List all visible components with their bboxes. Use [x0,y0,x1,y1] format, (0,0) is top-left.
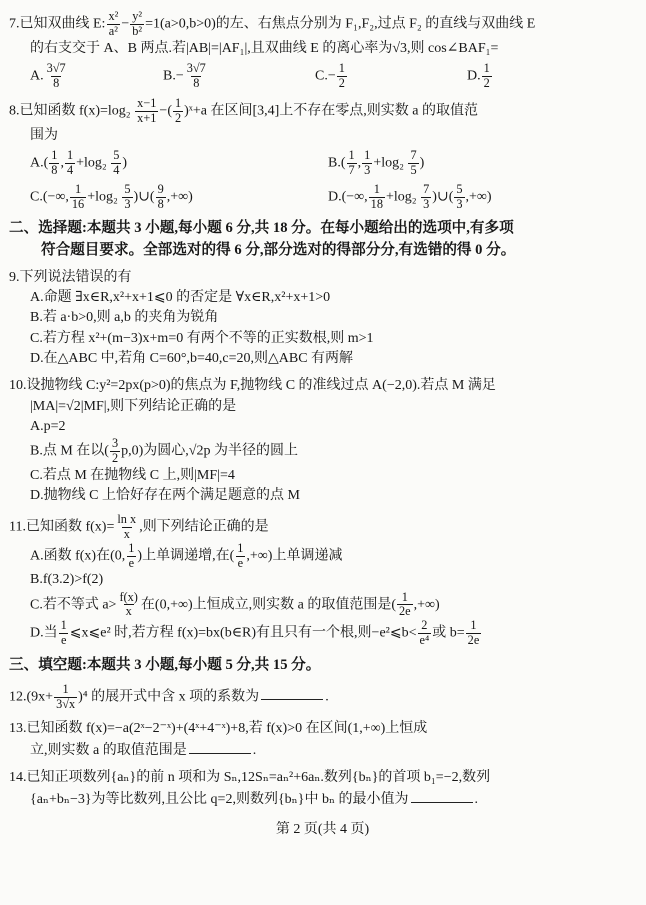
q11-options: A.函数 f(x)在(0,1e)上单调递增,在(1e,+∞)上单调递减 B.f(… [9,542,636,648]
q9-stem: 9.下列说法错误的有 [9,268,636,288]
q13-stem-line-2: 立,则实数 a 的取值范围是. [9,739,636,761]
section-2-header-line-2: 符合题目要求。全部选对的得 6 分,部分选对的得部分分,有选错的得 0 分。 [9,240,636,261]
q11-option-b: B.f(3.2)>f(2) [30,570,636,590]
q10-option-d: D.抛物线 C 上恰好存在两个满足题意的点 M [30,486,636,506]
exam-page: 7.已知双曲线 E:x²a²−y²b²=1(a>0,b>0)的左、右焦点分别为 … [9,10,636,905]
q8-stem-line-1: 8.已知函数 f(x)=log₂ x−1x+1−(12)ˣ+a 在区间[3,4]… [9,97,636,126]
page-number: 第 2 页(共 4 页) [9,820,636,840]
q8-option-d: D.(−∞,118+log₂ 73)∪(53,+∞) [328,183,636,212]
q10-option-a: A.p=2 [30,417,636,437]
section-3-header-line-1: 三、填空题:本题共 3 小题,每小题 5 分,共 15 分。 [9,655,636,676]
q8-option-a: A.(18,14+log₂ 54) [30,149,328,178]
q8-option-c: C.(−∞,116+log₂ 53)∪(98,+∞) [30,183,328,212]
q11-option-a: A.函数 f(x)在(0,1e)上单调递增,在(1e,+∞)上单调递减 [30,542,636,571]
q10-stem-line-2: |MA|=√2|MF|,则下列结论正确的是 [9,397,636,417]
q8-option-b: B.(17,13+log₂ 75) [328,149,636,178]
question-9: 9.下列说法错误的有 A.命题 ∃x∈R,x²+x+1⩽0 的否定是 ∀x∈R,… [9,268,636,369]
q8-stem-line-2: 围为 [9,126,636,146]
q12-stem: 12.(9x+13√x)⁴ 的展开式中含 x 项的系数为. [9,683,636,712]
question-8: 8.已知函数 f(x)=log₂ x−1x+1−(12)ˣ+a 在区间[3,4]… [9,97,636,211]
q10-stem-line-1: 10.设抛物线 C:y²=2px(p>0)的焦点为 F,抛物线 C 的准线过点 … [9,376,636,396]
q14-stem-line-1: 14.已知正项数列{aₙ}的前 n 项和为 Sₙ,12Sₙ=aₙ²+6aₙ.数列… [9,768,636,788]
question-10: 10.设抛物线 C:y²=2px(p>0)的焦点为 F,抛物线 C 的准线过点 … [9,376,636,506]
answer-blank [261,685,323,700]
q9-option-a: A.命题 ∃x∈R,x²+x+1⩽0 的否定是 ∀x∈R,x²+x+1>0 [30,288,636,308]
question-11: 11.已知函数 f(x)=ln xx,则下列结论正确的是 A.函数 f(x)在(… [9,513,636,648]
section-2-header: 二、选择题:本题共 3 小题,每小题 6 分,共 18 分。在每小题给出的选项中… [9,218,636,260]
answer-blank [411,788,473,803]
question-7: 7.已知双曲线 E:x²a²−y²b²=1(a>0,b>0)的左、右焦点分别为 … [9,10,636,90]
q11-stem: 11.已知函数 f(x)=ln xx,则下列结论正确的是 [9,513,636,542]
q11-option-d: D.当1e⩽x⩽e² 时,若方程 f(x)=bx(b∈R)有且只有一个根,则−e… [30,619,636,648]
q7-stem-line-2: 的右支交于 A、B 两点.若|AB|=|AF₁|,且双曲线 E 的离心率为√3,… [9,39,636,59]
section-2-header-line-1: 二、选择题:本题共 3 小题,每小题 6 分,共 18 分。在每小题给出的选项中… [9,218,636,239]
q10-option-c: C.若点 M 在抛物线 C 上,则|MF|=4 [30,466,636,486]
q10-options: A.p=2 B.点 M 在以(32p,0)为圆心,√2p 为半径的圆上 C.若点… [9,417,636,506]
q9-option-d: D.在△ABC 中,若角 C=60°,b=40,c=20,则△ABC 有两解 [30,349,636,369]
q7-stem-line-1: 7.已知双曲线 E:x²a²−y²b²=1(a>0,b>0)的左、右焦点分别为 … [9,10,636,39]
q7-option-d: D.12 [467,62,636,91]
q7-option-c: C.−12 [315,62,467,91]
q14-stem-line-2: {aₙ+bₙ−3}为等比数列,且公比 q=2,则数列{bₙ}中 bₙ 的最小值为… [9,788,636,810]
q9-option-b: B.若 a·b>0,则 a,b 的夹角为锐角 [30,308,636,328]
q10-option-b: B.点 M 在以(32p,0)为圆心,√2p 为半径的圆上 [30,437,636,466]
q13-stem-line-1: 13.已知函数 f(x)=−a(2ˣ−2⁻ˣ)+(4ˣ+4⁻ˣ)+8,若 f(x… [9,719,636,739]
section-3-header: 三、填空题:本题共 3 小题,每小题 5 分,共 15 分。 [9,655,636,676]
question-13: 13.已知函数 f(x)=−a(2ˣ−2⁻ˣ)+(4ˣ+4⁻ˣ)+8,若 f(x… [9,719,636,762]
q11-option-c: C.若不等式 a>f(x)x在(0,+∞)上恒成立,则实数 a 的取值范围是(1… [30,591,636,620]
q8-options-grid: A.(18,14+log₂ 54) B.(17,13+log₂ 75) C.(−… [9,149,636,211]
q7-option-a: A.3√78 [30,62,163,91]
q7-option-b: B.−3√78 [163,62,315,91]
question-12: 12.(9x+13√x)⁴ 的展开式中含 x 项的系数为. [9,683,636,712]
q9-option-c: C.若方程 x²+(m−3)x+m=0 有两个不等的正实数根,则 m>1 [30,329,636,349]
answer-blank [189,739,251,754]
q7-options-row: A.3√78 B.−3√78 C.−12 D.12 [9,62,636,91]
q9-options: A.命题 ∃x∈R,x²+x+1⩽0 的否定是 ∀x∈R,x²+x+1>0 B.… [9,288,636,369]
question-14: 14.已知正项数列{aₙ}的前 n 项和为 Sₙ,12Sₙ=aₙ²+6aₙ.数列… [9,768,636,811]
